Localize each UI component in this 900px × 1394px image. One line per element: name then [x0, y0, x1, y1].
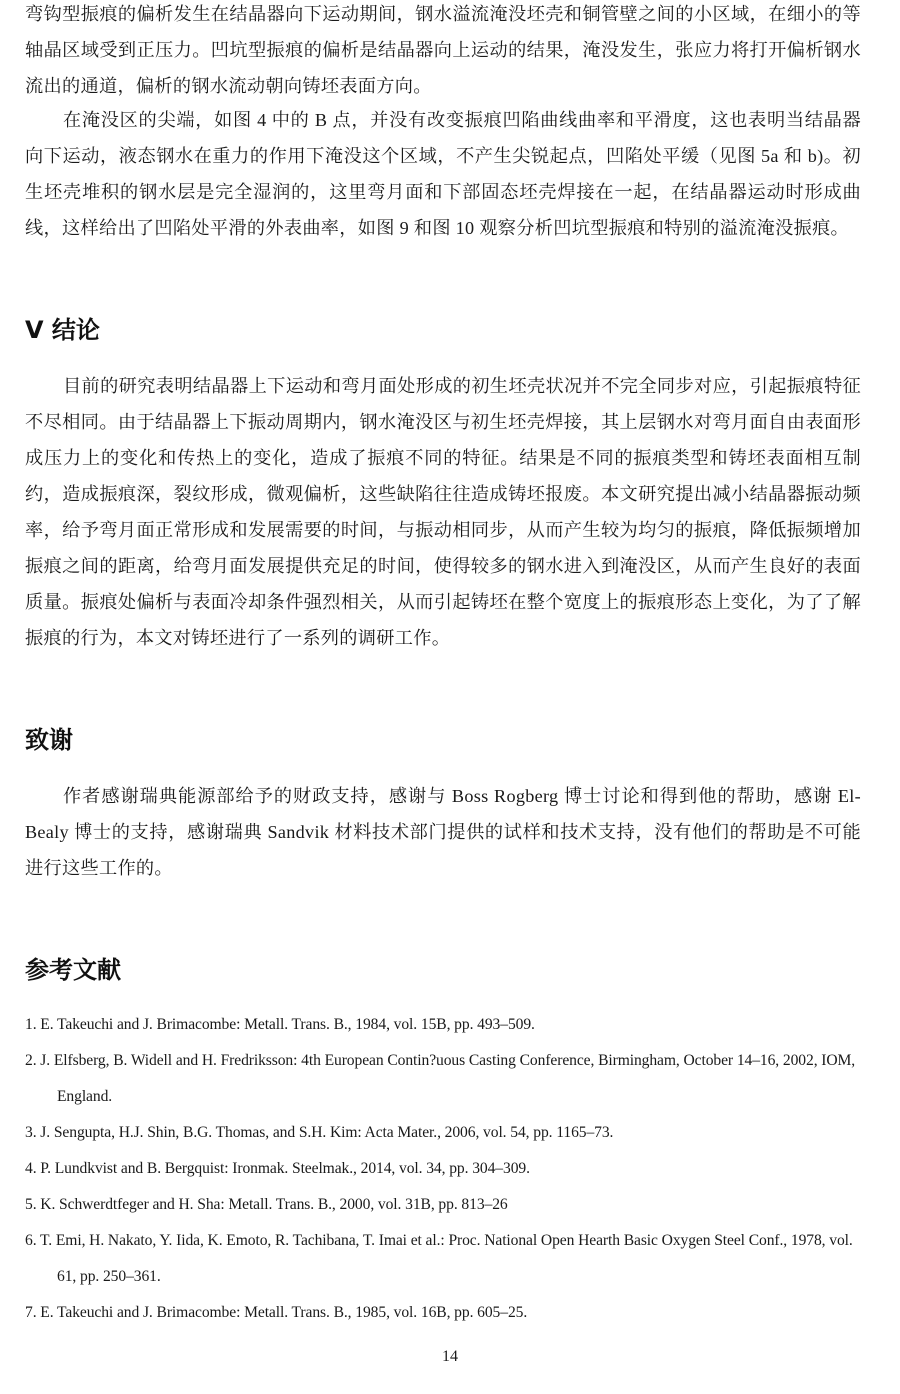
- reference-item: 6. T. Emi, H. Nakato, Y. Iida, K. Emoto,…: [25, 1223, 865, 1295]
- reference-item: 5. K. Schwerdtfeger and H. Sha: Metall. …: [25, 1187, 865, 1223]
- reference-item: 4. P. Lundkvist and B. Bergquist: Ironma…: [25, 1151, 865, 1187]
- body-paragraph: 弯钩型振痕的偏析发生在结晶器向下运动期间，钢水溢流淹没坯壳和铜管壁之间的小区域，…: [25, 0, 861, 104]
- body-paragraph: 在淹没区的尖端，如图 4 中的 B 点，并没有改变振痕凹陷曲线曲率和平滑度，这也…: [25, 102, 861, 246]
- reference-list: 1. E. Takeuchi and J. Brimacombe: Metall…: [25, 1007, 865, 1331]
- reference-item: 2. J. Elfsberg, B. Widell and H. Fredrik…: [25, 1043, 865, 1115]
- section-heading-conclusion: V 结论: [25, 310, 100, 345]
- reference-item: 1. E. Takeuchi and J. Brimacombe: Metall…: [25, 1007, 865, 1043]
- section-heading-acknowledgements: 致谢: [25, 720, 73, 755]
- reference-item: 7. E. Takeuchi and J. Brimacombe: Metall…: [25, 1295, 865, 1331]
- body-paragraph: 目前的研究表明结晶器上下运动和弯月面处形成的初生坯壳状况并不完全同步对应，引起振…: [25, 368, 861, 656]
- body-paragraph: 作者感谢瑞典能源部给予的财政支持，感谢与 Boss Rogberg 博士讨论和得…: [25, 778, 861, 886]
- section-heading-references: 参考文献: [25, 950, 121, 985]
- page-number: 14: [0, 1348, 900, 1366]
- reference-item: 3. J. Sengupta, H.J. Shin, B.G. Thomas, …: [25, 1115, 865, 1151]
